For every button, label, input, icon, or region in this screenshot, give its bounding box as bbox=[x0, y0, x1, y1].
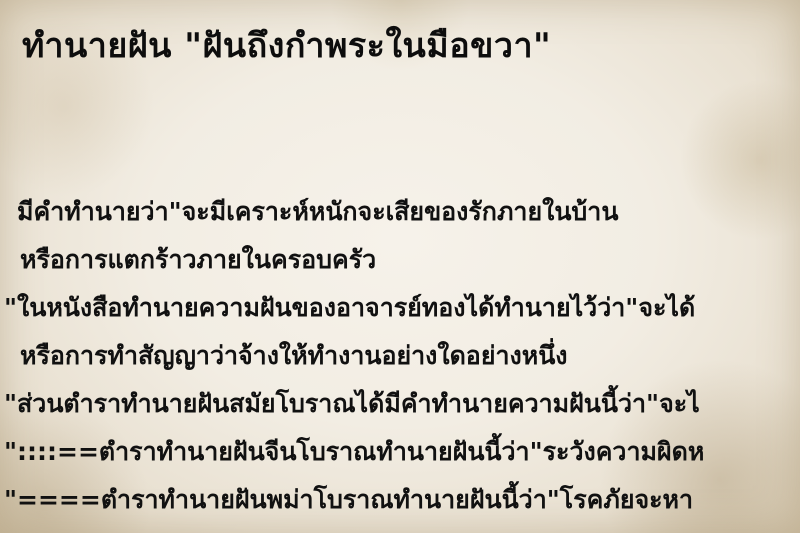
text-line-2: หรือการแตกร้าวภายในครอบครัว bbox=[0, 236, 800, 284]
text-line-4: หรือการทำสัญญาว่าจ้างให้ทำงานอย่างใดอย่า… bbox=[0, 332, 800, 380]
text-line-3: "ในหนังสือทำนายความฝันของอาจารย์ทองได้ทำ… bbox=[0, 284, 800, 332]
text-line-5: "ส่วนตำราทำนายฝันสมัยโบราณได้มีคำทำนายคว… bbox=[0, 380, 800, 428]
prediction-text-block: มีคำทำนายว่า"จะมีเคราะห์หนักจะเสียของรัก… bbox=[0, 188, 800, 524]
text-line-1: มีคำทำนายว่า"จะมีเคราะห์หนักจะเสียของรัก… bbox=[0, 188, 800, 236]
text-line-6: "::::==ตำราทำนายฝันจีนโบราณทำนายฝันนี้ว่… bbox=[0, 428, 800, 476]
page-title: ทำนายฝัน "ฝันถึงกำพระในมือขวา" bbox=[22, 18, 551, 72]
text-line-7: "====ตำราทำนายฝันพม่าโบราณทำนายฝันนี้ว่า… bbox=[0, 476, 800, 524]
